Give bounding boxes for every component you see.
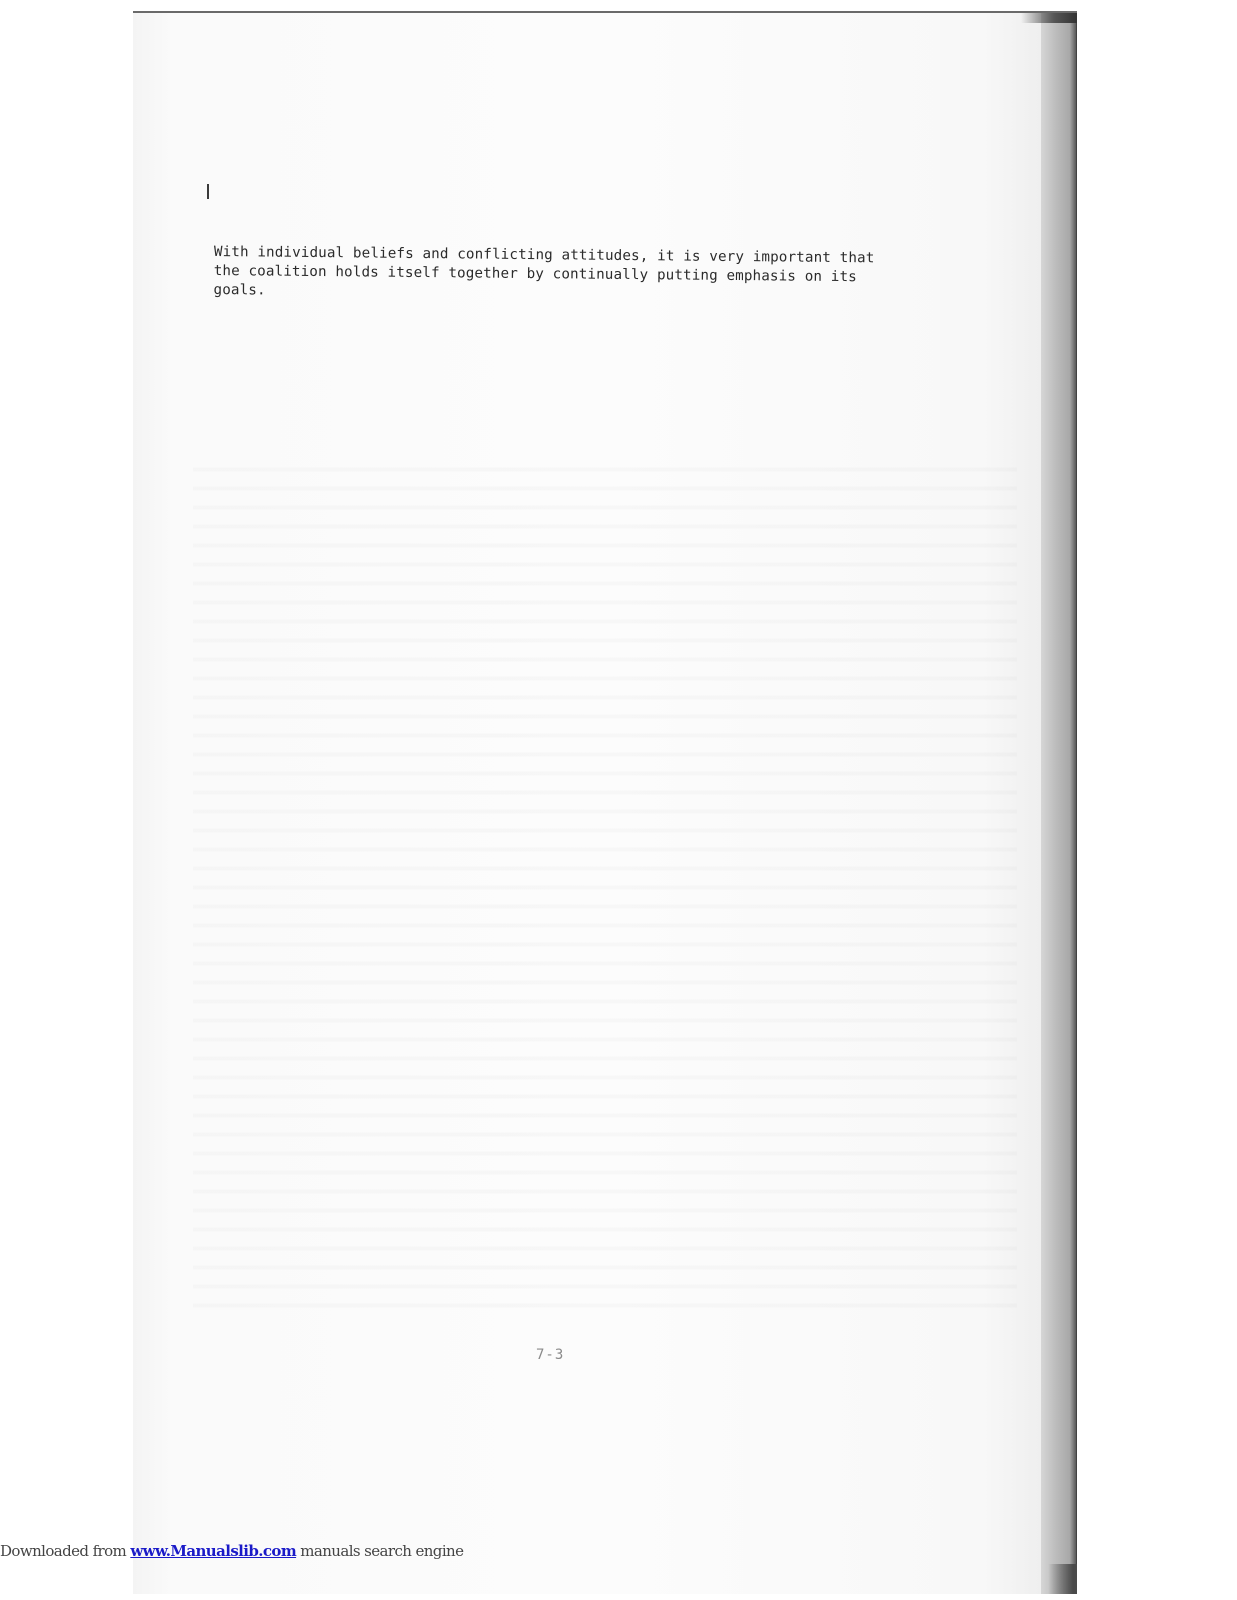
revision-change-bar [207,184,209,199]
manualslib-link[interactable]: www.Manualslib.com [130,1542,296,1560]
body-paragraph: With individual beliefs and conflicting … [213,243,954,307]
page-number: 7-3 [536,1347,564,1363]
download-footer: Downloaded from www.Manualslib.com manua… [0,1542,463,1560]
footer-suffix: manuals search engine [296,1542,463,1560]
page-binding-edge [1041,13,1077,1594]
footer-prefix: Downloaded from [0,1542,130,1560]
